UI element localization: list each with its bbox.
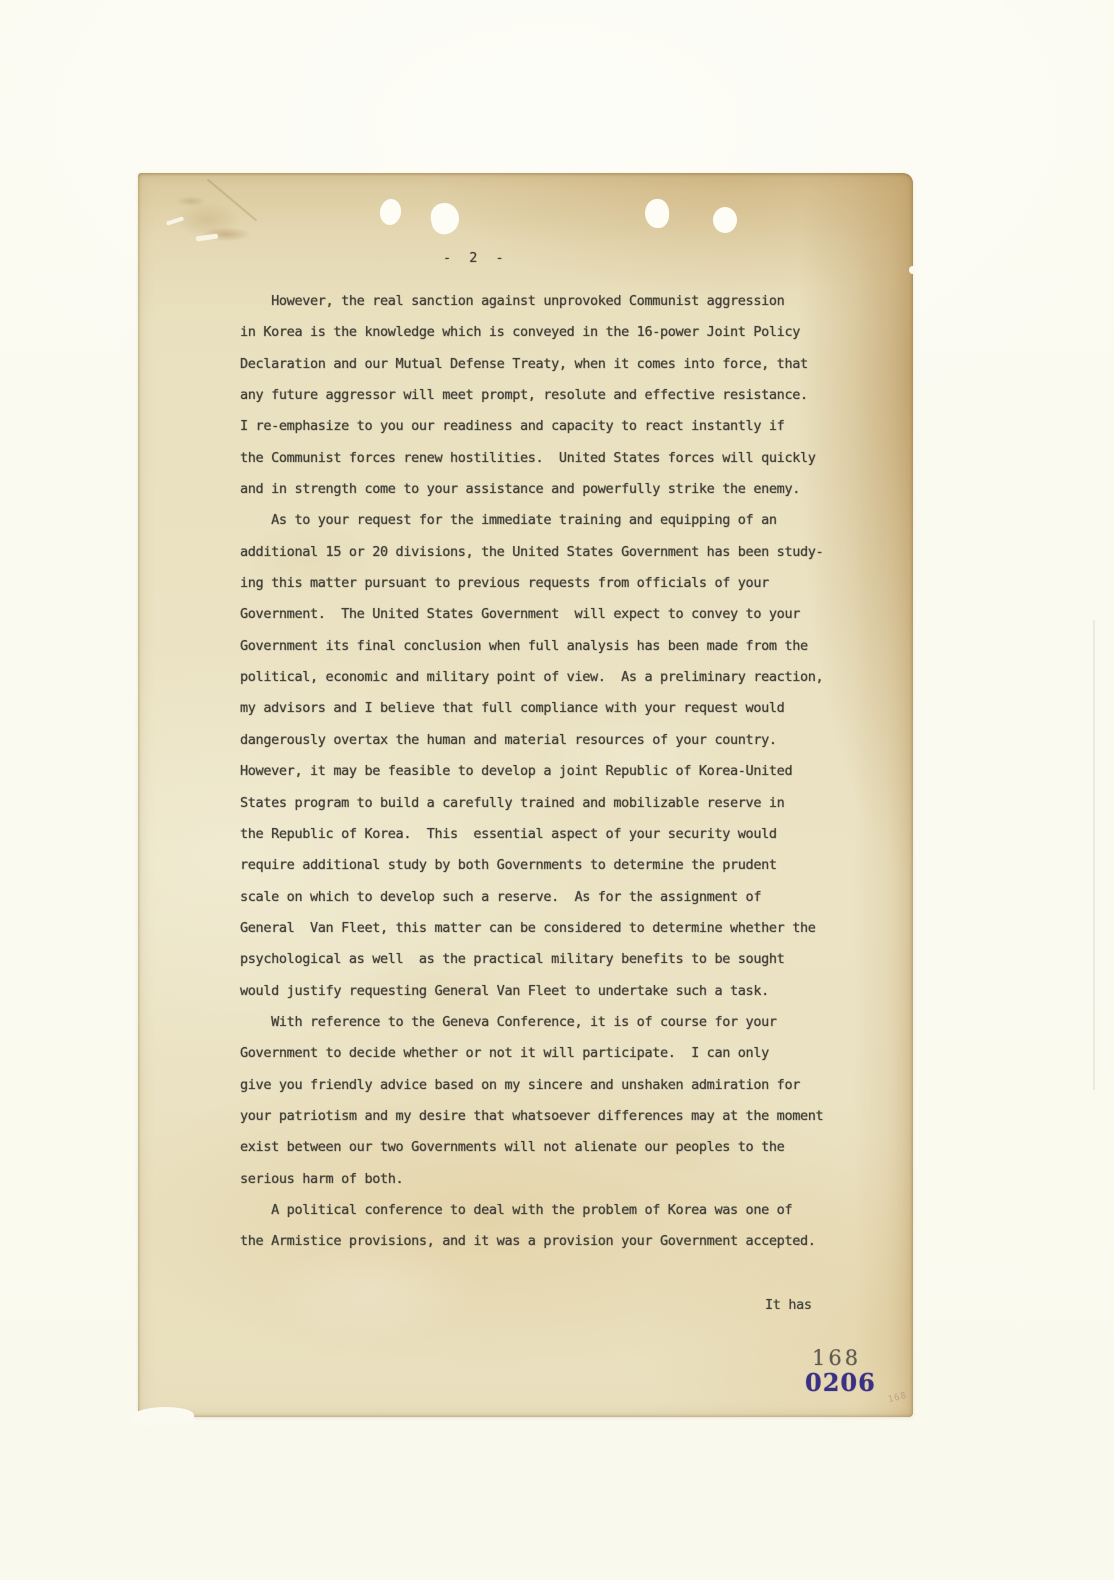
typed-line: your patriotism and my desire that whats… bbox=[240, 1101, 823, 1132]
typed-line: scale on which to develop such a reserve… bbox=[240, 882, 823, 913]
typed-line: However, it may be feasible to develop a… bbox=[240, 756, 823, 787]
typed-line: General Van Fleet, this matter can be co… bbox=[240, 913, 823, 944]
archive-stamp-gray: 168 bbox=[812, 1347, 861, 1369]
archive-stamp-purple: 0206 bbox=[805, 1370, 876, 1395]
typed-line: the Republic of Korea. This essential as… bbox=[240, 819, 823, 850]
scan-background: - 2 - However, the real sanction against… bbox=[0, 0, 1114, 1580]
typed-line: psychological as well as the practical m… bbox=[240, 944, 823, 975]
pencil-mark: 168 bbox=[887, 1391, 908, 1405]
paper-edge-nick bbox=[909, 266, 916, 274]
punch-hole bbox=[713, 207, 737, 233]
typed-line: and in strength come to your assistance … bbox=[240, 474, 823, 505]
scanner-streak bbox=[1093, 620, 1095, 1090]
typed-line: my advisors and I believe that full comp… bbox=[240, 693, 823, 724]
typed-line: require additional study by both Governm… bbox=[240, 850, 823, 881]
typed-line: exist between our two Governments will n… bbox=[240, 1132, 823, 1163]
letter-body: However, the real sanction against unpro… bbox=[240, 286, 823, 1258]
typed-line: the Armistice provisions, and it was a p… bbox=[240, 1226, 823, 1257]
catchword: It has bbox=[765, 1295, 812, 1315]
typed-line: States program to build a carefully trai… bbox=[240, 788, 823, 819]
paper-stain bbox=[158, 181, 268, 273]
typed-line: dangerously overtax the human and materi… bbox=[240, 725, 823, 756]
typed-line: Government its final conclusion when ful… bbox=[240, 631, 823, 662]
typed-line: A political conference to deal with the … bbox=[240, 1195, 823, 1226]
punch-hole bbox=[645, 199, 669, 228]
typed-line: would justify requesting General Van Fle… bbox=[240, 976, 823, 1007]
page-number: - 2 - bbox=[443, 248, 504, 268]
typed-line: With reference to the Geneva Conference,… bbox=[240, 1007, 823, 1038]
typed-line: any future aggressor will meet prompt, r… bbox=[240, 380, 823, 411]
typed-line: Government. The United States Government… bbox=[240, 599, 823, 630]
typed-line: However, the real sanction against unpro… bbox=[240, 286, 823, 317]
typed-line: I re-emphasize to you our readiness and … bbox=[240, 411, 823, 442]
typed-line: ing this matter pursuant to previous req… bbox=[240, 568, 823, 599]
typed-line: the Communist forces renew hostilities. … bbox=[240, 443, 823, 474]
typed-line: political, economic and military point o… bbox=[240, 662, 823, 693]
typed-line: give you friendly advice based on my sin… bbox=[240, 1070, 823, 1101]
typed-line: Government to decide whether or not it w… bbox=[240, 1038, 823, 1069]
typed-line: serious harm of both. bbox=[240, 1164, 823, 1195]
punch-hole bbox=[429, 201, 462, 236]
typed-line: in Korea is the knowledge which is conve… bbox=[240, 317, 823, 348]
typed-line: additional 15 or 20 divisions, the Unite… bbox=[240, 537, 823, 568]
punch-hole bbox=[378, 198, 402, 227]
document-page: - 2 - However, the real sanction against… bbox=[138, 173, 913, 1417]
typed-line: Declaration and our Mutual Defense Treat… bbox=[240, 349, 823, 380]
typed-line: As to your request for the immediate tra… bbox=[240, 505, 823, 536]
paper-edge-chip bbox=[132, 1405, 195, 1426]
